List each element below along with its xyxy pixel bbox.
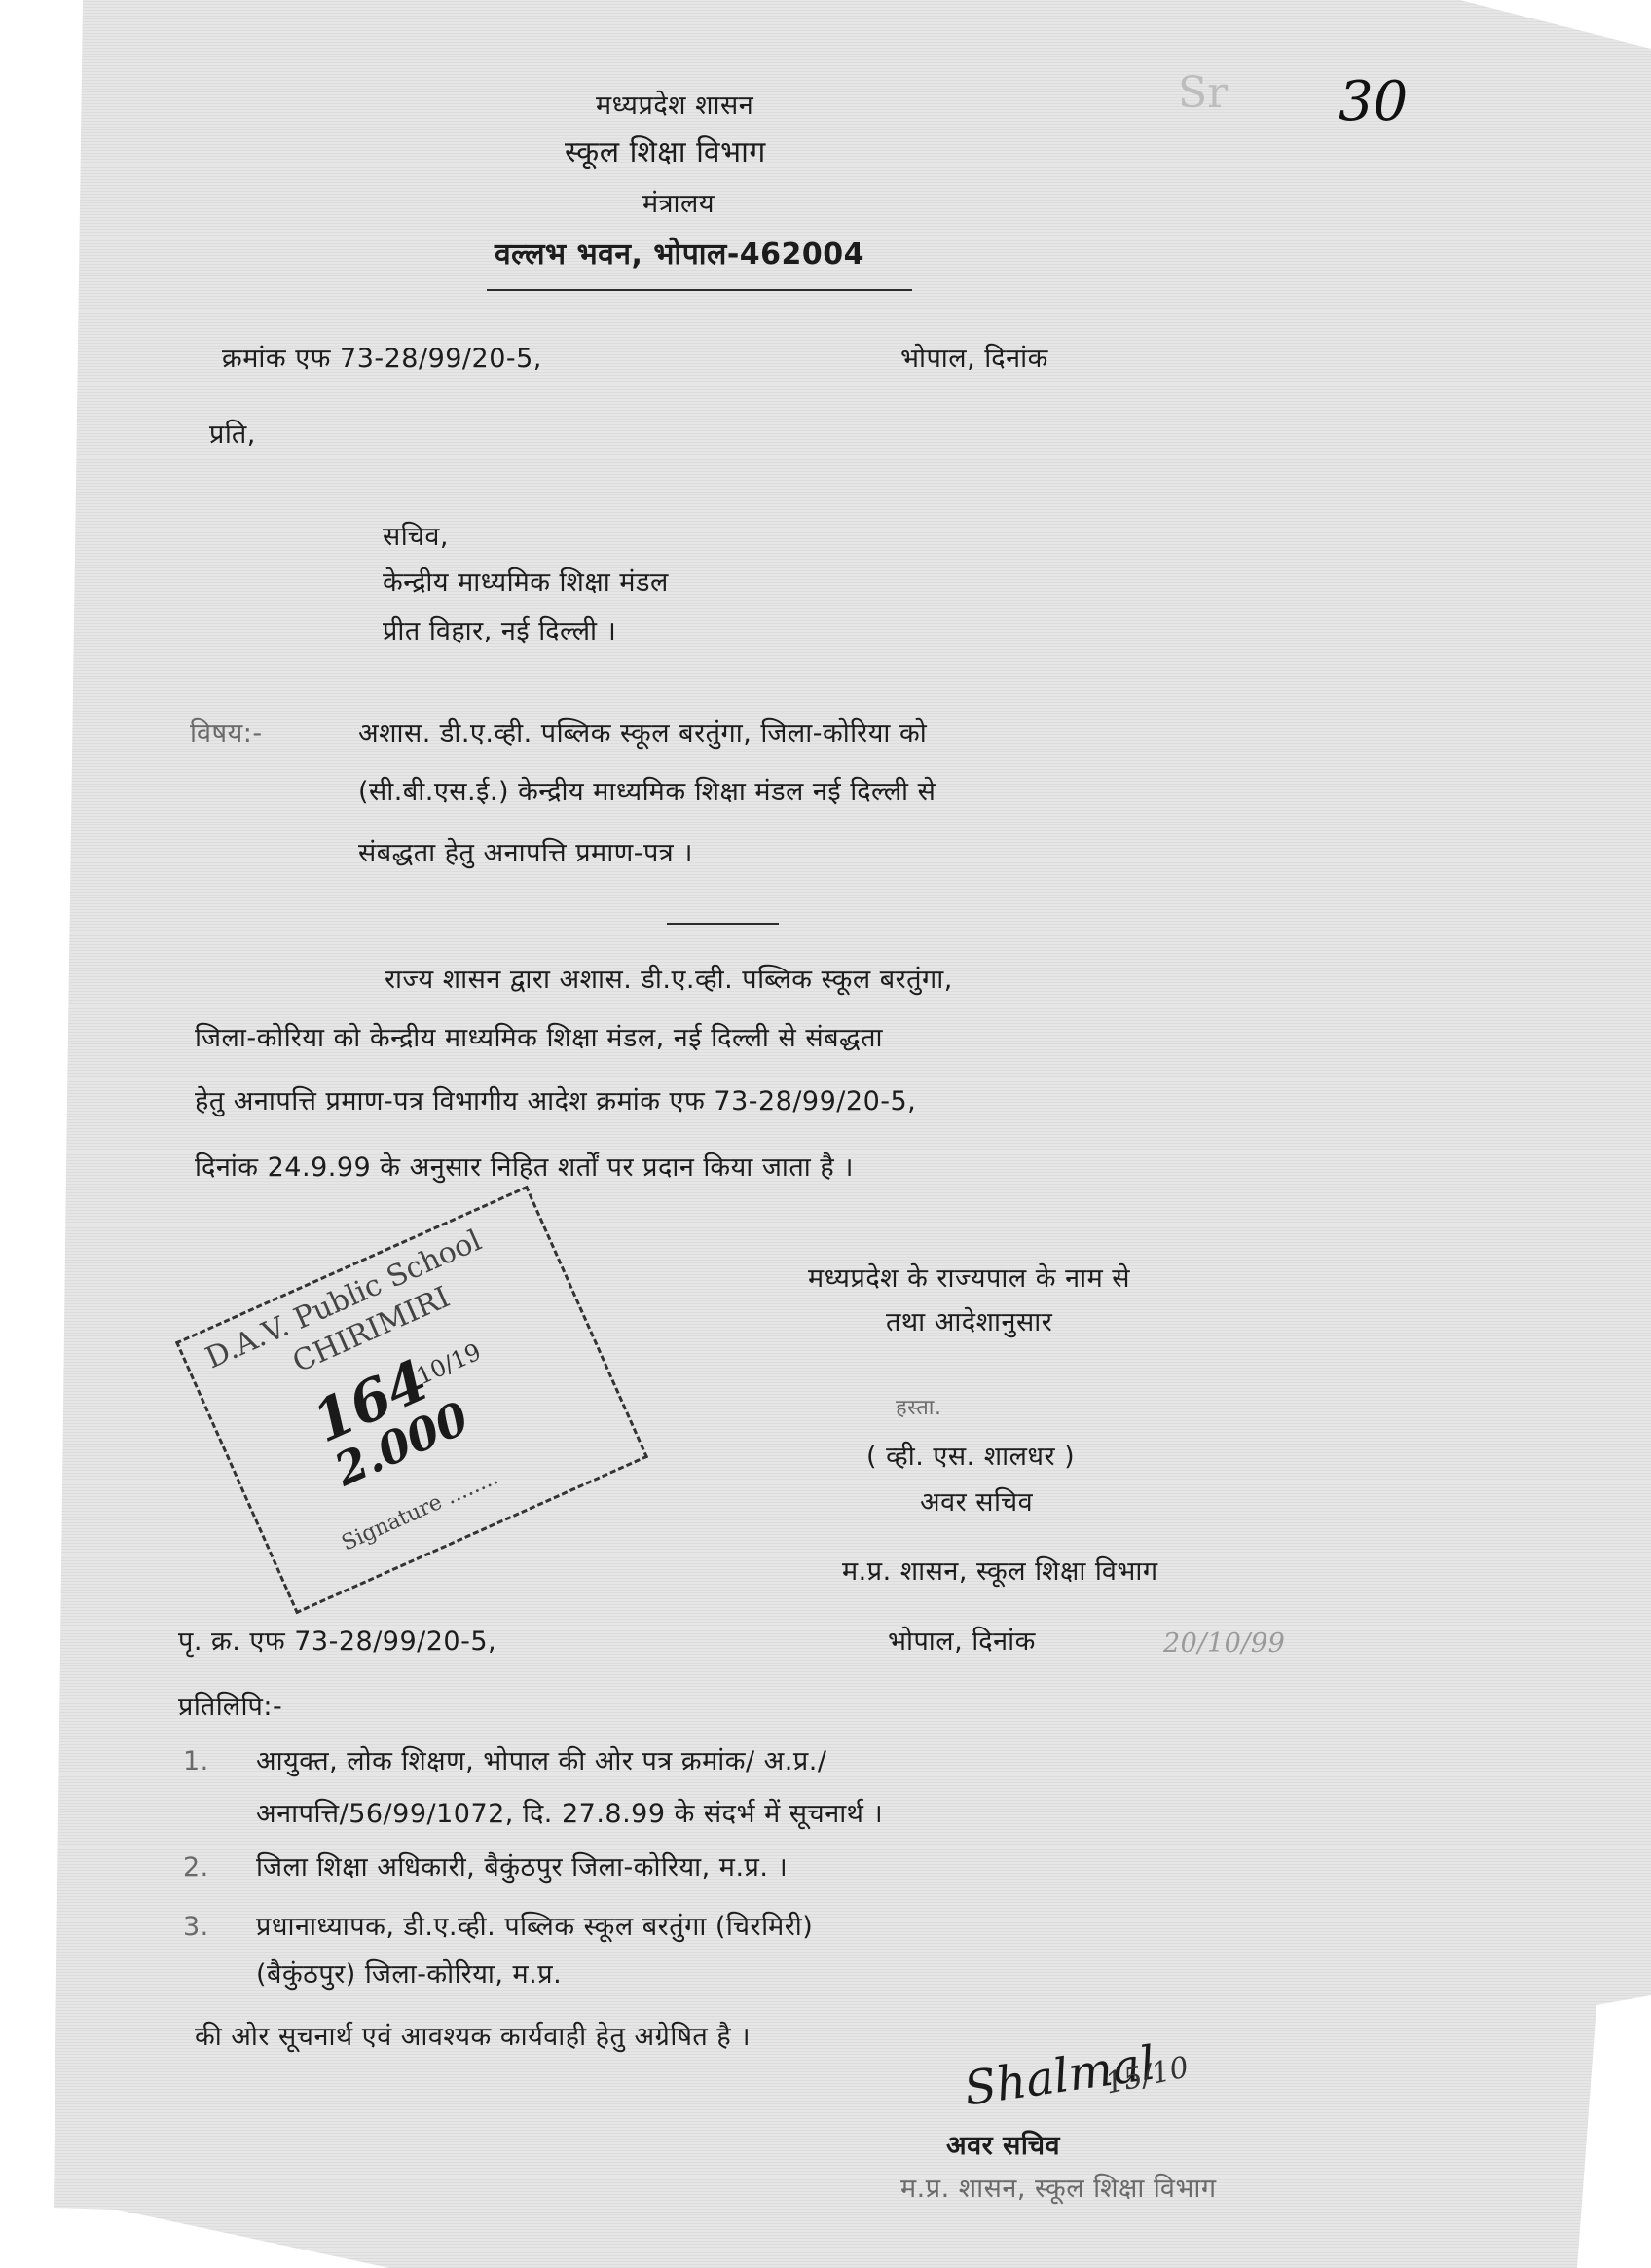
subject-line-2: (सी.बी.एस.ई.) केन्द्रीय माध्यमिक शिक्षा … (358, 776, 936, 809)
signoff-department: म.प्र. शासन, स्कूल शिक्षा विभाग (900, 2173, 1217, 2206)
copy-item-3-line-2: (बैकुंठपुर) जिला-कोरिया, म.प्र. (256, 1958, 562, 1992)
letterhead-government: मध्यप्रदेश शासन (596, 90, 753, 123)
addressee-organization: केन्द्रीय माध्यमिक शिक्षा मंडल (383, 567, 669, 600)
authority-line-1: मध्यप्रदेश के राज्यपाल के नाम से (808, 1262, 1130, 1296)
copy-item-2-line-1: जिला शिक्षा अधिकारी, बैकुंठपुर जिला-कोरि… (256, 1851, 788, 1884)
body-line-3: हेतु अनापत्ति प्रमाण-पत्र विभागीय आदेश क… (195, 1085, 916, 1118)
copy-item-1-line-2: अनापत्ति/56/99/1072, दि. 27.8.99 के संदर… (256, 1798, 883, 1831)
body-line-4: दिनांक 24.9.99 के अनुसार निहित शर्तों पर… (195, 1152, 854, 1185)
prati-label: प्रति, (209, 419, 256, 452)
endorsement-handwritten-date: 20/10/99 (1163, 1628, 1285, 1661)
order-place-date: भोपाल, दिनांक (900, 343, 1048, 376)
signatory-name: ( व्ही. एस. शालधर ) (866, 1441, 1075, 1474)
body-line-1: राज्य शासन द्वारा अशास. डी.ए.व्ही. पब्लि… (385, 964, 953, 997)
signoff-designation: अवर सचिव (946, 2130, 1060, 2163)
order-number: क्रमांक एफ 73-28/99/20-5, (222, 343, 542, 376)
copy-item-index: 3. (183, 1911, 209, 1944)
forwarding-note: की ओर सूचनार्थ एवं आवश्यक कार्यवाही हेतु… (195, 2021, 751, 2054)
handwritten-page-number: 30 (1339, 70, 1408, 133)
letterhead-address: वल्लभ भवन, भोपाल-462004 (495, 238, 864, 272)
stamp-date: 10/19 (413, 1338, 486, 1391)
endorsement-place-date: भोपाल, दिनांक (888, 1626, 1036, 1659)
copy-to-label: प्रतिलिपि:- (178, 1691, 282, 1724)
subject-label: विषय:- (190, 717, 263, 750)
subject-line-1: अशास. डी.ए.व्ही. पब्लिक स्कूल बरतुंगा, ज… (358, 717, 927, 750)
endorsement-number: पृ. क्र. एफ 73-28/99/20-5, (178, 1626, 496, 1659)
signatory-department: म.प्र. शासन, स्कूल शिक्षा विभाग (842, 1555, 1158, 1589)
authority-initials: हस्ता. (896, 1392, 941, 1425)
subject-line-3: संबद्धता हेतु अनापत्ति प्रमाण-पत्र । (358, 837, 693, 870)
copy-item-3-line-1: प्रधानाध्यापक, डी.ए.व्ही. पब्लिक स्कूल ब… (256, 1911, 813, 1944)
scanned-document-page (0, 0, 1651, 2268)
letterhead-ministry: मंत्रालय (642, 188, 715, 221)
letterhead-underline (487, 289, 912, 291)
addressee-location: प्रीत विहार, नई दिल्ली । (383, 615, 616, 648)
letterhead-department: स्कूल शिक्षा विभाग (565, 136, 766, 169)
subject-divider (667, 923, 779, 925)
authority-line-2: तथा आदेशानुसार (886, 1306, 1052, 1339)
copy-item-index: 1. (183, 1745, 209, 1778)
signatory-designation: अवर सचिव (920, 1486, 1033, 1519)
copy-item-index: 2. (183, 1851, 209, 1884)
body-line-2: जिला-कोरिया को केन्द्रीय माध्यमिक शिक्षा… (195, 1022, 883, 1055)
copy-item-1-line-1: आयुक्त, लोक शिक्षण, भोपाल की ओर पत्र क्र… (256, 1745, 826, 1778)
faint-corner-mark: Sr (1178, 68, 1228, 118)
addressee-title: सचिव, (383, 521, 449, 554)
